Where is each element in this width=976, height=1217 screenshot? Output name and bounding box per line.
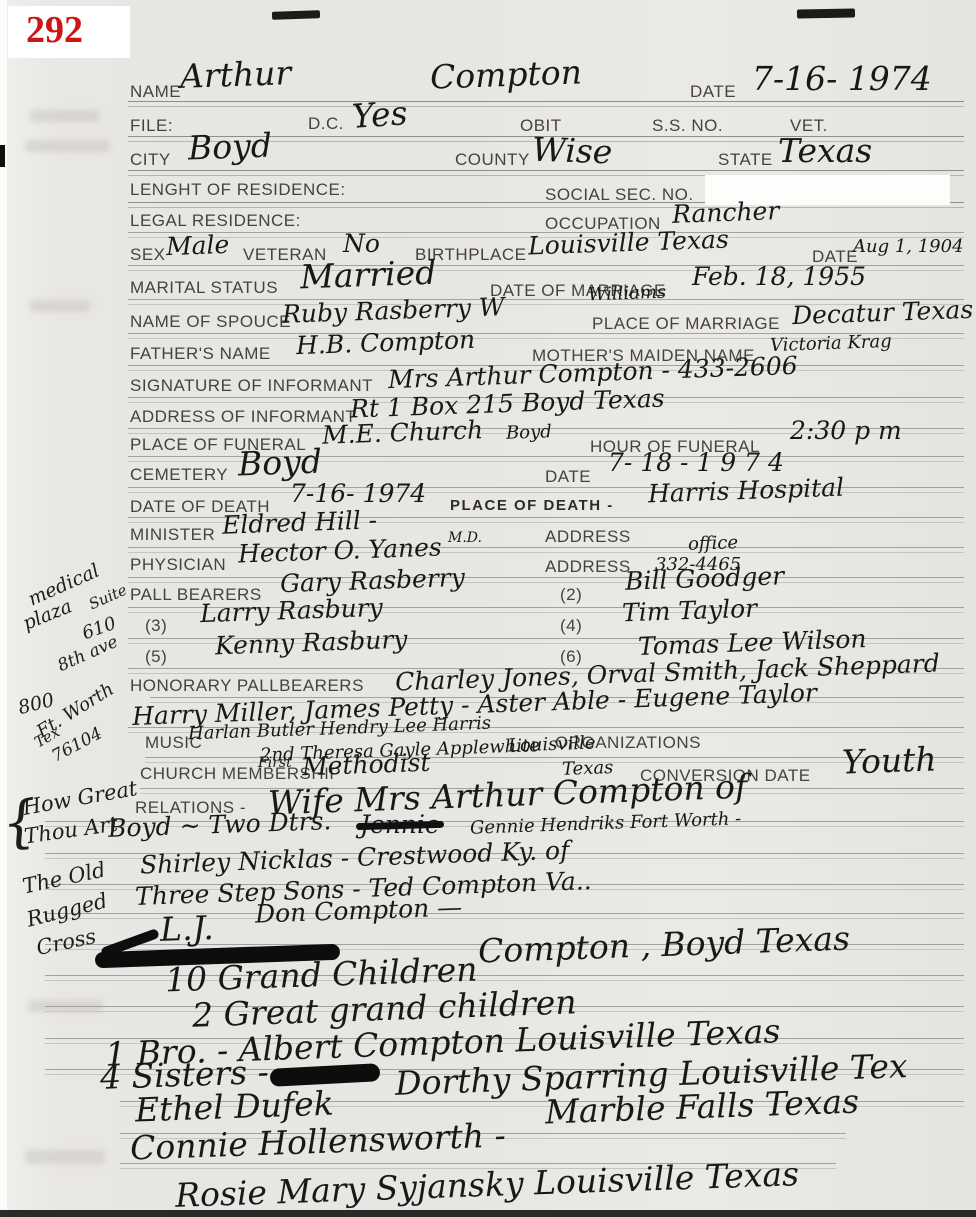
bleed-through-smudge <box>25 140 110 152</box>
pallbearer-3-num: (3) <box>145 616 167 636</box>
sister2-name: Ethel Dufek <box>134 1087 334 1127</box>
state-value: Texas <box>778 134 872 167</box>
pallbearer-3-value: Larry Rasbury <box>200 595 384 626</box>
edge-mark <box>0 145 5 167</box>
relations-initials: L.J. <box>159 911 214 946</box>
scan-bottom-edge <box>0 1210 976 1217</box>
place-of-marriage-value: Decatur Texas <box>792 297 974 328</box>
minister-value: Eldred Hill - <box>222 507 378 537</box>
pallbearer-5-value: Kenny Rasbury <box>215 627 408 659</box>
name-first-value: Arthur <box>179 56 291 93</box>
marital-status-label: MARITAL STATUS <box>130 278 278 298</box>
sister2-city: Marble Falls Texas <box>545 1085 860 1129</box>
name-last-value: Compton <box>429 55 582 93</box>
minister-label: MINISTER <box>130 525 215 545</box>
bleed-through-smudge <box>30 300 90 312</box>
rule-line <box>128 101 964 107</box>
margin-hymn2-line3: Cross <box>34 924 98 960</box>
honorary-pallbearers-label: HONORARY PALLBEARERS <box>130 676 364 696</box>
name-label: NAME <box>130 82 181 102</box>
signature-of-informant-label: SIGNATURE OF INFORMANT <box>130 376 373 396</box>
minister-address-label: ADDRESS <box>545 527 631 547</box>
place-of-marriage-label: PLACE OF MARRIAGE <box>592 314 780 334</box>
page-number: 292 <box>26 8 83 52</box>
length-of-residence-label: LENGHT OF RESIDENCE: <box>130 180 346 200</box>
rule-line <box>128 577 964 583</box>
physician-office-value: office <box>688 534 739 554</box>
place-of-funeral-value: M.E. Church <box>322 417 484 448</box>
physician-label: PHYSICIAN <box>130 555 226 575</box>
file-label: FILE: <box>130 116 173 136</box>
pallbearer-2-value: Bill Goodger <box>625 563 785 594</box>
church-city-value: Louisville <box>508 734 596 755</box>
pallbearer-1-value: Gary Rasberry <box>280 565 466 596</box>
scanned-funeral-record-page: 292 NAME Arthur Compton DATE 7-16- 1974 … <box>0 0 976 1217</box>
marital-status-value: Married <box>299 256 436 294</box>
physician-md-value: M.D. <box>448 531 482 545</box>
cemetery-label: CEMETERY <box>130 465 228 485</box>
sex-label: SEX <box>130 245 166 265</box>
relations-line5: Don Compton — <box>255 894 463 926</box>
physician-value: Hector O. Yanes <box>238 534 442 566</box>
date-of-marriage-value: Feb. 18, 1955 <box>692 264 866 289</box>
staple-mark <box>797 8 855 18</box>
conversion-date-value: Youth <box>841 742 937 778</box>
bleed-through-smudge <box>25 1150 105 1164</box>
sex-value: Male <box>166 232 230 259</box>
church-value: Methodist <box>302 750 431 779</box>
staple-mark <box>272 10 320 20</box>
place-of-death-value: Harris Hospital <box>648 475 845 507</box>
fathers-name-label: FATHER'S NAME <box>130 344 271 364</box>
birthplace-value: Louisville Texas <box>528 227 730 259</box>
state-label: STATE <box>718 150 773 170</box>
relations-line6: Compton , Boyd Texas <box>478 922 851 968</box>
cemetery-value: Boyd <box>237 445 322 481</box>
dc-label: D.C. <box>308 114 344 134</box>
name-of-spouce-label: NAME OF SPOUCE <box>130 312 291 332</box>
county-value: Wise <box>531 133 612 169</box>
dc-value: Yes <box>351 96 409 133</box>
spouse-overwrite-value: Williams <box>588 284 667 305</box>
church-first-value: First <box>258 756 292 770</box>
pallbearer-2-num: (2) <box>560 585 582 605</box>
occupation-value: Rancher <box>672 198 780 227</box>
birth-date-value: Aug 1, 1904 <box>853 238 964 256</box>
pallbearer-4-value: Tim Taylor <box>622 596 758 626</box>
veteran-value: No <box>343 231 380 256</box>
legal-residence-label: LEGAL RESIDENCE: <box>130 211 301 231</box>
city-value: Boyd <box>187 129 272 165</box>
hour-of-funeral-value: 2:30 p m <box>790 418 902 443</box>
county-label: COUNTY <box>455 150 530 170</box>
city-label: CITY <box>130 150 171 170</box>
margin-note-suite: Suite <box>86 581 130 614</box>
funeral-city-value: Boyd <box>506 423 552 443</box>
relations-struck-name: Jennie <box>360 810 440 839</box>
spouse-value: Ruby Rasberry W <box>282 294 505 327</box>
cemetery-date-label: DATE <box>545 467 591 487</box>
date-label: DATE <box>690 82 736 102</box>
father-value: H.B. Compton <box>296 327 476 358</box>
burial-date-value: 7- 18 - 1 9 7 4 <box>608 450 784 475</box>
place-of-death-label: PLACE OF DEATH - <box>450 497 614 514</box>
pallbearer-5-num: (5) <box>145 647 167 667</box>
date-value: 7-16- 1974 <box>752 62 932 95</box>
ss-no-label: S.S. NO. <box>652 116 723 136</box>
physician-address-label: ADDRESS <box>545 557 631 577</box>
pallbearer-4-num: (4) <box>560 616 582 636</box>
relations-line2-pre: Boyd ~ Two Dtrs. <box>108 808 332 841</box>
scan-edge-strip <box>0 0 7 1217</box>
date-of-death-value: 7-16- 1974 <box>290 481 426 506</box>
relations-line2-post: Gennie Hendriks Fort Worth - <box>470 810 742 837</box>
bleed-through-smudge <box>30 110 100 122</box>
